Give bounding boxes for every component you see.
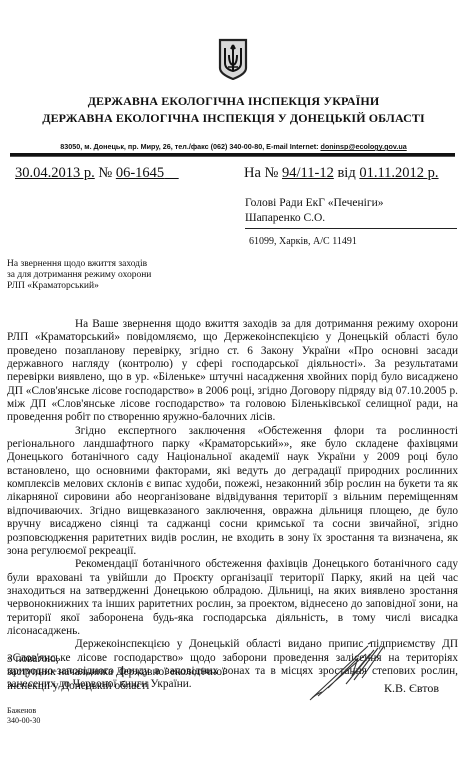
closing-block: З повагою, заступник начальника Державно…: [7, 653, 225, 693]
letter-date: 30.04.2013 р.: [15, 165, 95, 181]
handwritten-signature-icon: [308, 640, 388, 702]
subject-line: за для дотримання режиму охорони: [7, 270, 151, 281]
org-title-ukraine: ДЕРЖАВНА ЕКОЛОГІЧНА ІНСПЕКЦІЯ УКРАЇНИ: [0, 94, 467, 109]
recipient-title: Голові Ради ЕкГ «Печеніги»: [245, 196, 383, 211]
reply-date: 01.11.2012 р.: [359, 165, 438, 181]
body-paragraph: На Ваше звернення щодо вжиття заходів за…: [7, 318, 458, 425]
letterhead-divider: [10, 153, 455, 157]
reply-from-label: від: [337, 165, 355, 181]
coat-of-arms-trident-icon: [218, 38, 248, 80]
regards: З повагою,: [7, 653, 225, 666]
signatory-position: заступник начальника Державної екологічн…: [7, 666, 225, 679]
org-contact-line: 83050, м. Донецьк, пр. Миру, 26, тел./фа…: [0, 142, 467, 151]
executor-name: Баженов: [7, 706, 40, 716]
executor-block: Баженов 340-00-30: [7, 706, 40, 726]
org-address: 83050, м. Донецьк, пр. Миру, 26, тел./фа…: [60, 142, 320, 151]
executor-phone: 340-00-30: [7, 716, 40, 726]
subject-line: РЛП «Краматорський»: [7, 281, 151, 292]
reply-number: 94/11-12: [282, 165, 334, 181]
recipient-divider: [245, 228, 457, 229]
signatory-name: К.В. Євтов: [384, 681, 439, 696]
signatory-position: інспекції у Донецькій області: [7, 680, 225, 693]
incoming-reference: На № 94/11-12 від 01.11.2012 р.: [244, 165, 439, 182]
recipient-name: Шапаренко С.О.: [245, 211, 383, 226]
number-label: №: [98, 165, 112, 181]
subject-line: На звернення щодо вжиття заходів: [7, 259, 151, 270]
letter-body: На Ваше звернення щодо вжиття заходів за…: [7, 318, 458, 692]
subject-block: На звернення щодо вжиття заходів за для …: [7, 259, 151, 293]
body-paragraph: Згідно експертного заключення «Обстеженн…: [7, 425, 458, 558]
email-link[interactable]: doninsp@ecology.gov.ua: [321, 142, 407, 151]
outgoing-reference: 30.04.2013 р. № 06-1645: [15, 165, 179, 182]
recipient-block: Голові Ради ЕкГ «Печеніги» Шапаренко С.О…: [245, 196, 383, 226]
recipient-address: 61099, Харків, А/С 11491: [249, 236, 357, 247]
org-title-donetsk: ДЕРЖАВНА ЕКОЛОГІЧНА ІНСПЕКЦІЯ У ДОНЕЦЬКІ…: [0, 111, 467, 126]
reply-prefix: На №: [244, 165, 278, 181]
body-paragraph: Рекомендації ботанічного обстеження фахі…: [7, 558, 458, 638]
letter-number: 06-1645: [116, 165, 164, 181]
